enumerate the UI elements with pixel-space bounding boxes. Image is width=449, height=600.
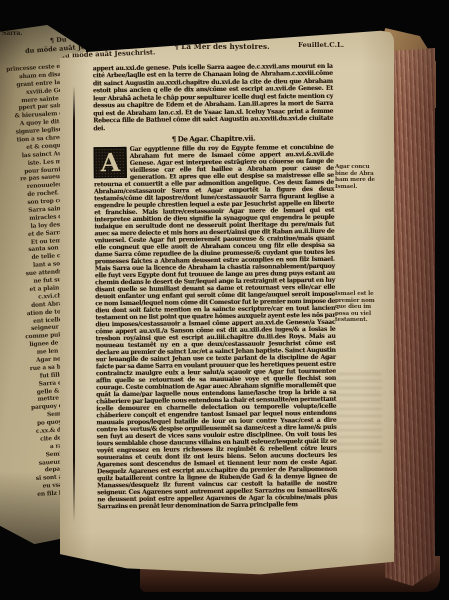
margin-note-line: Ismael. xyxy=(335,184,383,191)
margin-note-line: testament. xyxy=(335,317,383,324)
margin-note-ismael: Ismael est lepremier nomque dieu imposa … xyxy=(335,291,383,324)
text-column: appert au.xxi.de genese. Puis icelle Sar… xyxy=(93,63,338,511)
chapter-paragraph: AGar egyptienne fille du roy de Egypte f… xyxy=(94,143,338,510)
margin-note-agar: Agar concubine de Abraham mere deIsmael. xyxy=(335,164,383,190)
running-title-center: ¶ La Mer des hystoires. xyxy=(174,42,270,51)
margin-note-line: que dieu im xyxy=(335,304,383,311)
woodcut-initial: A xyxy=(94,146,127,177)
margin-note-line: posa ou viel xyxy=(335,311,383,318)
margin-note-line: premier nom xyxy=(335,298,383,305)
bleed-through-ghost xyxy=(336,373,382,457)
margin-note-line: bine de Abra xyxy=(335,171,383,178)
margin-note-line: Agar concu xyxy=(335,164,383,171)
gutter-crease xyxy=(73,86,75,522)
chapter-heading: ¶ De Agar. Chapitre.vii. xyxy=(93,132,333,144)
folio-number: Feuillet.C.L. xyxy=(298,41,344,49)
recto-page: ¶ Du du môde auât Jesuchrist. ¶ La Mer d… xyxy=(60,28,394,576)
book-photo: Sarra. ¶ Du du möde auât Je princesse ce… xyxy=(0,0,449,600)
chapter-text: Gar egyptienne fille du roy de Egypte fe… xyxy=(94,143,337,510)
verso-header-label: Sarra. xyxy=(2,30,23,37)
verso-header-line1: ¶ Du xyxy=(49,35,66,44)
intro-paragraph: appert au.xxi.de genese. Puis icelle Sar… xyxy=(93,63,334,133)
margin-note-line: ham mere de xyxy=(335,177,383,184)
margin-note-line: Ismael est le xyxy=(335,291,383,298)
